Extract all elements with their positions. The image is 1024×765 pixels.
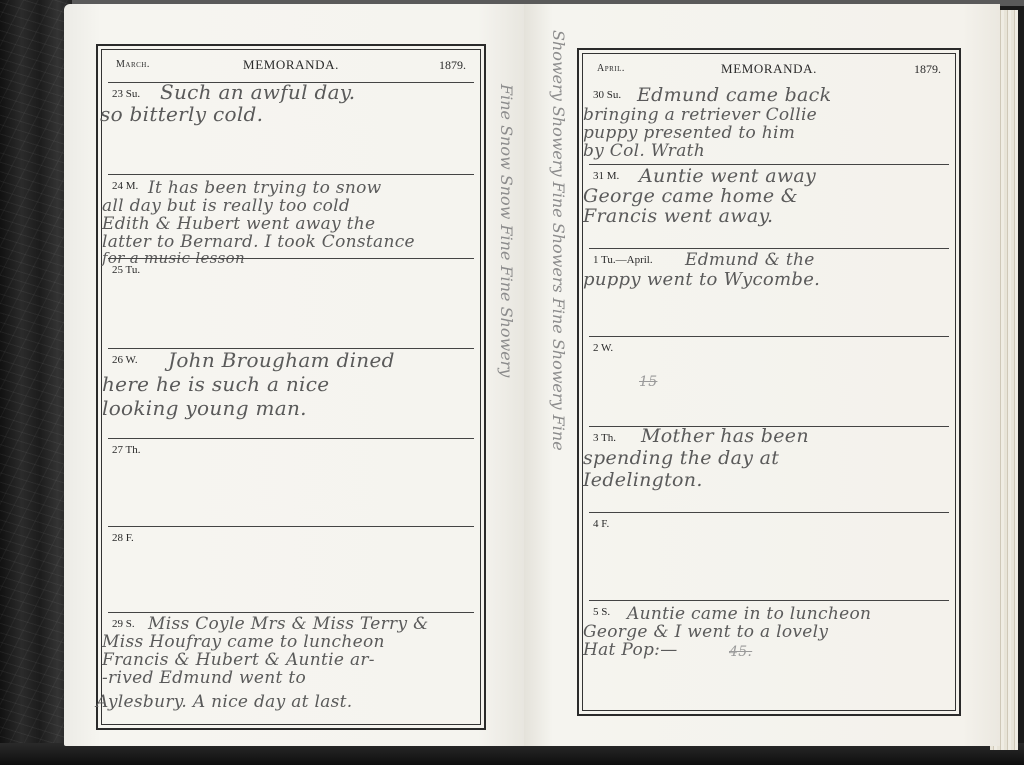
handwritten-entry: bringing a retriever Collie <box>583 106 817 124</box>
handwritten-entry: Francis went away. <box>583 207 773 225</box>
day-row-31: 31 M. Auntie went away George came home … <box>589 164 949 248</box>
day-row-27: 27 Th. <box>108 438 474 526</box>
page-title: MEMORANDA. <box>593 61 945 77</box>
handwritten-entry: -rived Edmund went to <box>102 669 306 687</box>
handwritten-entry: It has been trying to snow <box>148 179 381 197</box>
day-label: 30 Su. <box>593 89 621 101</box>
day-row-24: 24 M. It has been trying to snow all day… <box>108 174 474 258</box>
day-row-1: 1 Tu.—April. Edmund & the puppy went to … <box>589 248 949 336</box>
handwritten-entry: here he is such a nice <box>102 375 329 393</box>
day-label: 25 Tu. <box>112 264 140 276</box>
gutter-weather-notes-left: Fine Snow Snow Fine Fine Showery <box>497 84 516 377</box>
day-label: 3 Th. <box>593 432 616 444</box>
handwritten-entry: George came home & <box>583 187 798 205</box>
day-row-4: 4 F. <box>589 512 949 600</box>
day-label: 24 M. <box>112 180 138 192</box>
handwritten-entry: Edmund came back <box>637 86 831 104</box>
day-row-23: 23 Su. Such an awful day. so bitterly co… <box>108 82 474 174</box>
handwritten-entry: Hat Pop:— <box>583 641 678 659</box>
right-memoranda-frame: April. MEMORANDA. 1879. 30 Su. Edmund ca… <box>577 48 961 716</box>
handwritten-entry: by Col. Wrath <box>583 142 705 160</box>
handwritten-entry: Edith & Hubert went away the <box>102 215 375 233</box>
handwritten-entry: Edmund & the <box>685 251 815 269</box>
pencil-note: 15 <box>639 373 657 391</box>
day-label: 4 F. <box>593 518 609 530</box>
handwritten-entry: Aylesbury. A nice day at last. <box>96 693 353 711</box>
pencil-note: 45. <box>729 643 752 661</box>
right-page-header: April. MEMORANDA. 1879. <box>593 60 945 80</box>
handwritten-entry: Miss Coyle Mrs & Miss Terry & <box>148 615 429 633</box>
day-label: 5 S. <box>593 606 610 618</box>
year-label: 1879. <box>914 62 941 77</box>
handwritten-entry: John Brougham dined <box>168 351 395 369</box>
day-row-28: 28 F. <box>108 526 474 612</box>
handwritten-entry: so bitterly cold. <box>100 105 263 123</box>
day-row-30: 30 Su. Edmund came back bringing a retri… <box>589 84 949 164</box>
gutter-weather-notes-right: Showery Showery Fine Showers Fine Shower… <box>549 30 568 451</box>
handwritten-entry: spending the day at <box>583 449 779 467</box>
day-label: 26 W. <box>112 354 138 366</box>
handwritten-entry: looking young man. <box>102 399 307 417</box>
day-label: 28 F. <box>112 532 134 544</box>
day-row-5: 5 S. Auntie came in to luncheon George &… <box>589 600 949 706</box>
left-page-header: March. MEMORANDA. 1879. <box>112 56 470 76</box>
handwritten-entry: all day but is really too cold <box>102 197 350 215</box>
handwritten-entry: Such an awful day. <box>160 83 355 101</box>
handwritten-entry: puppy went to Wycombe. <box>583 271 820 289</box>
handwritten-entry: Miss Houfray came to luncheon <box>102 633 385 651</box>
handwritten-entry: Francis & Hubert & Auntie ar- <box>102 651 375 669</box>
day-label: 23 Su. <box>112 88 140 100</box>
day-row-2: 2 W. 15 <box>589 336 949 426</box>
book-cover-bottom <box>0 743 1024 765</box>
handwritten-entry: George & I went to a lovely <box>583 623 828 641</box>
year-label: 1879. <box>439 58 466 73</box>
day-label: 27 Th. <box>112 444 141 456</box>
handwritten-entry: Auntie went away <box>639 167 816 185</box>
handwritten-entry: Auntie came in to luncheon <box>627 605 871 623</box>
day-row-26: 26 W. John Brougham dined here he is suc… <box>108 348 474 438</box>
day-label: 1 Tu.—April. <box>593 254 653 266</box>
day-label: 29 S. <box>112 618 135 630</box>
day-label: 2 W. <box>593 342 613 354</box>
day-row-3: 3 Th. Mother has been spending the day a… <box>589 426 949 512</box>
day-row-29: 29 S. Miss Coyle Mrs & Miss Terry & Miss… <box>108 612 474 722</box>
day-row-25: 25 Tu. <box>108 258 474 348</box>
left-memoranda-frame: March. MEMORANDA. 1879. 23 Su. Such an a… <box>96 44 486 730</box>
book-cover-spine <box>0 0 72 765</box>
handwritten-entry: puppy presented to him <box>583 124 795 142</box>
handwritten-entry: Mother has been <box>641 427 809 445</box>
page-title: MEMORANDA. <box>112 57 470 73</box>
handwritten-entry: Iedelington. <box>583 471 703 489</box>
day-label: 31 M. <box>593 170 619 182</box>
